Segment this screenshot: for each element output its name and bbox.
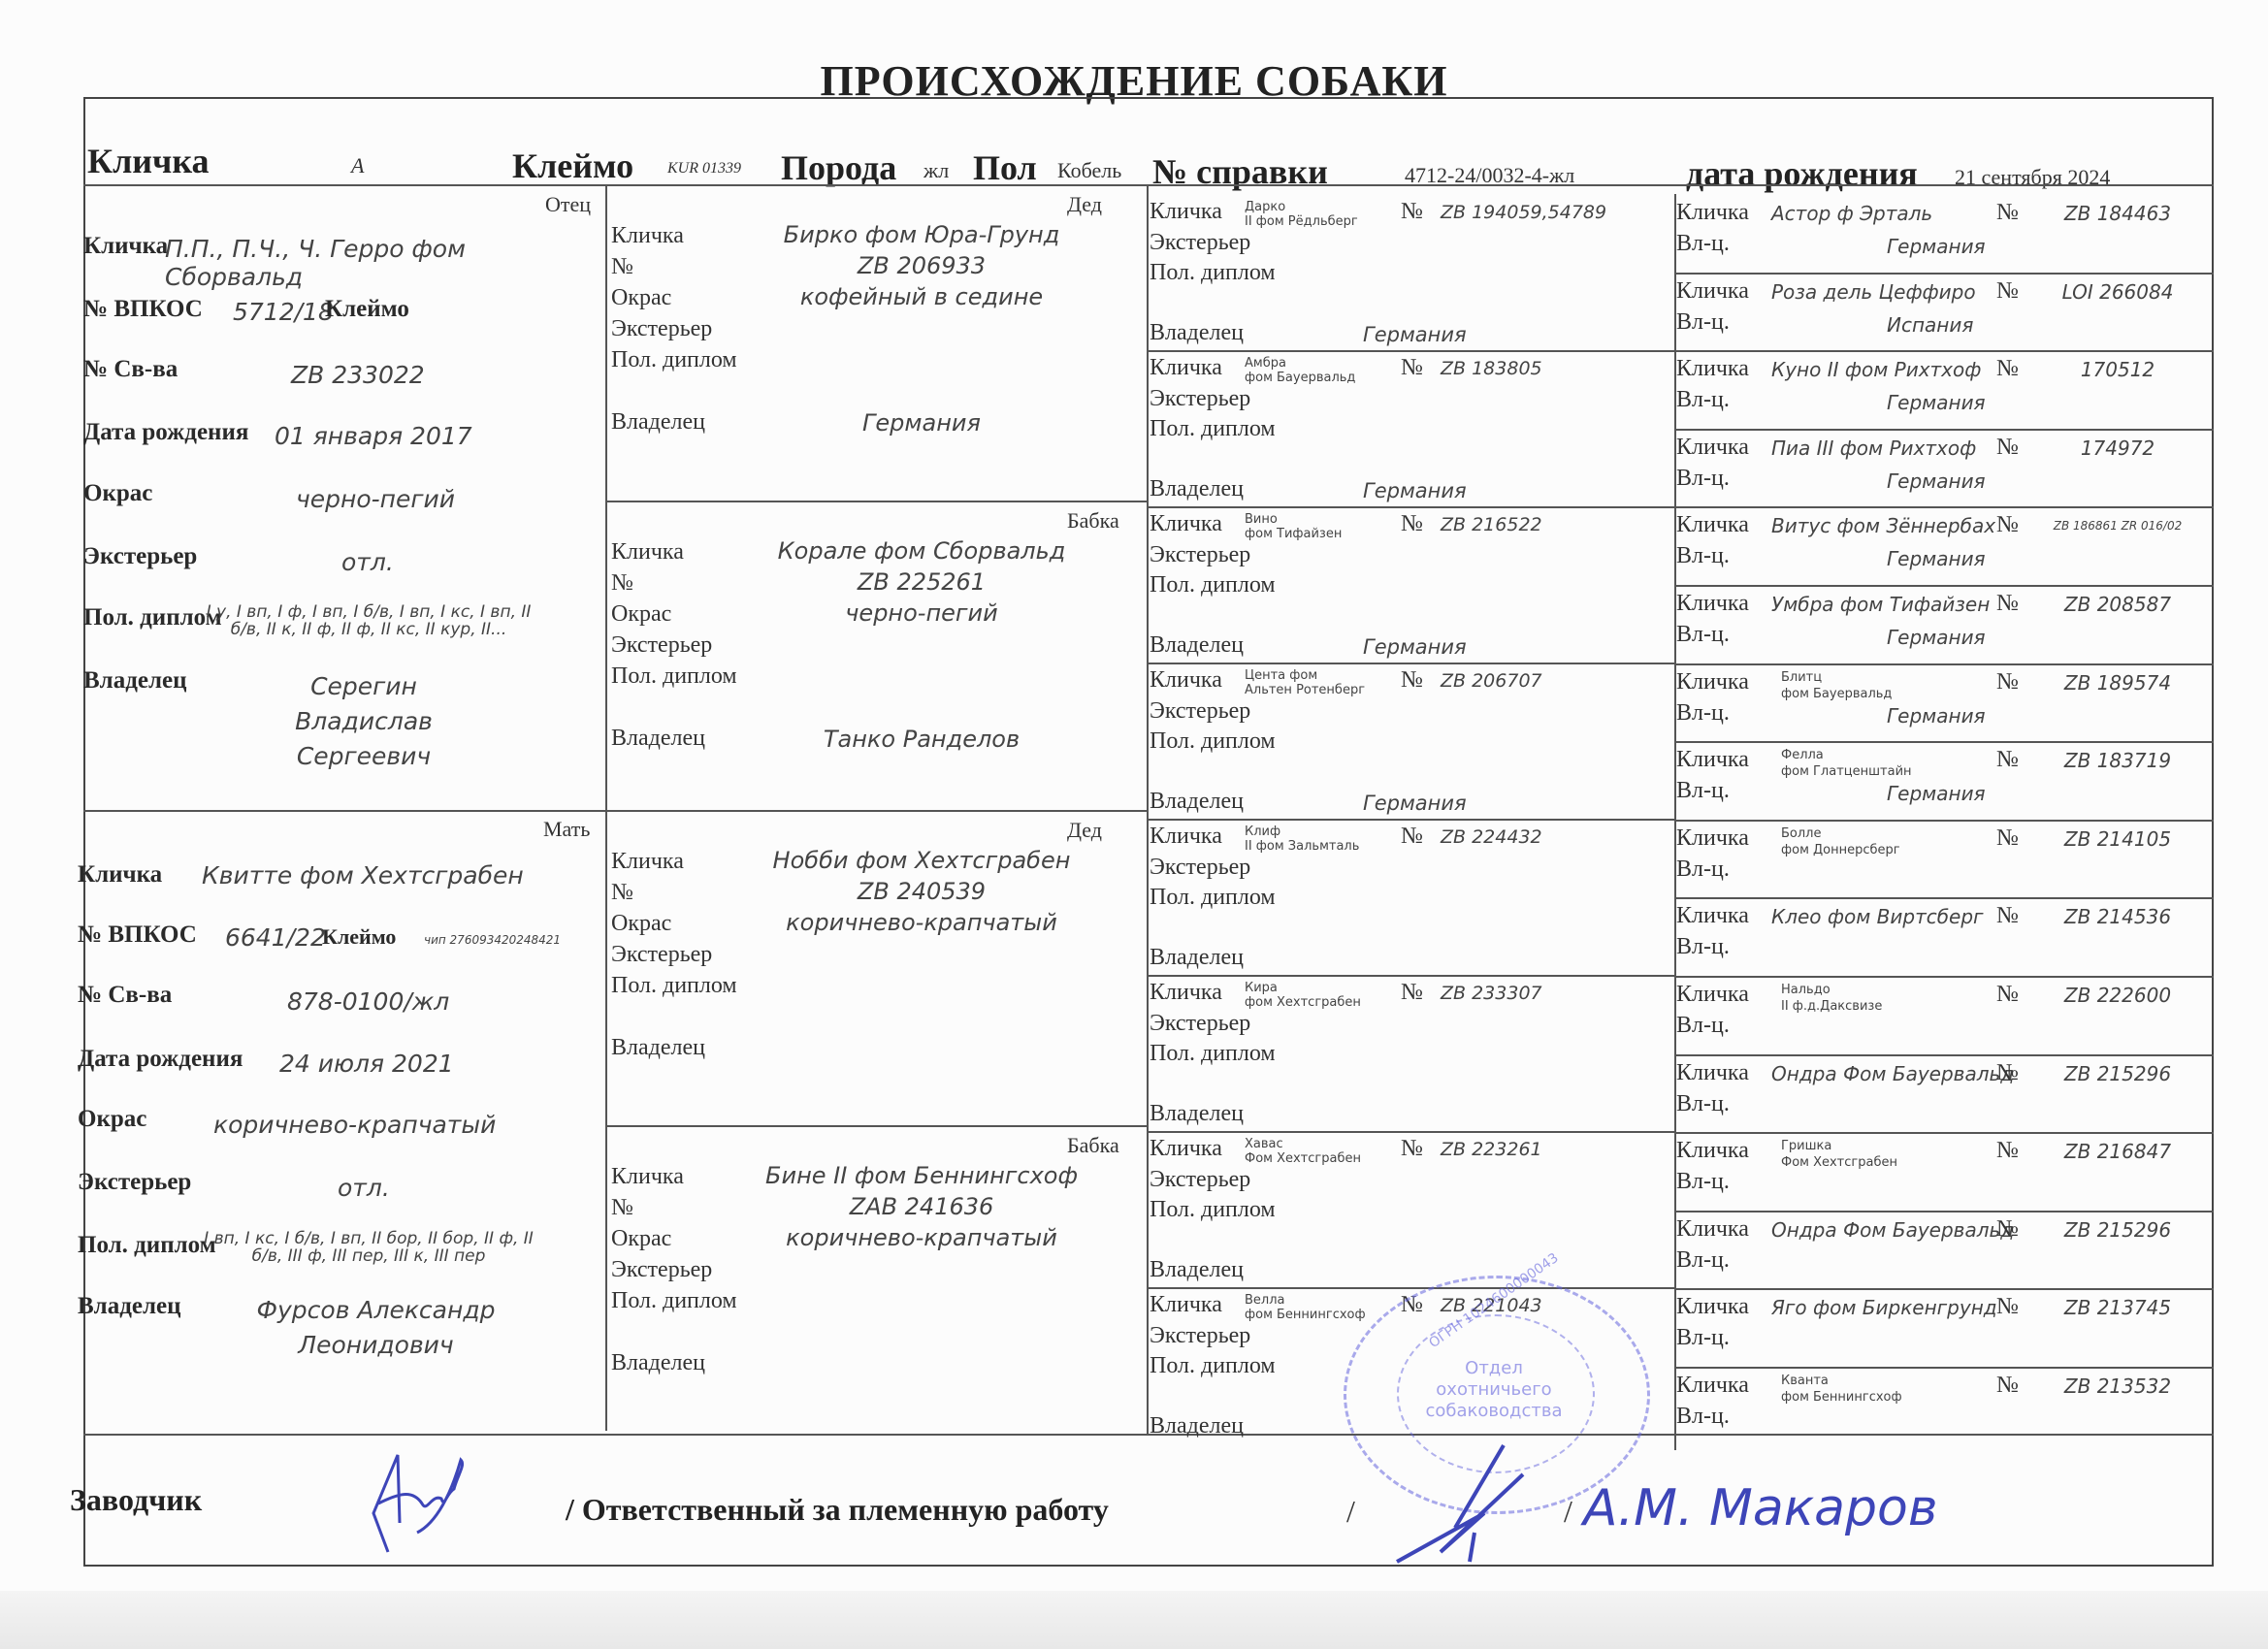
gggp-number-label: №: [1996, 278, 2019, 305]
ggp-number: ZB 194059,54789: [1441, 202, 1606, 223]
mother-brand-label: Клеймо: [322, 924, 396, 950]
ggp-name-label: Кличка: [1150, 824, 1222, 850]
grandparent-number: ZB 225261: [718, 568, 1125, 596]
gggp-name: Фелла фом Глатценштайн: [1781, 747, 1912, 780]
grandparent-number-label: №: [611, 570, 633, 597]
gggp-owner-label: Вл-ц.: [1676, 1325, 1730, 1351]
ggp-name-line2: фом Бауервальд: [1245, 370, 1355, 386]
gggp-number-label: №: [1996, 356, 2019, 382]
father-name: П.П., П.Ч., Ч. Герро фом Сборвальд: [165, 235, 592, 291]
gggp-name: Нальдо II ф.д.Даксвизе: [1781, 982, 1882, 1015]
father-color-label: Окрас: [83, 480, 152, 507]
gggp-name: Яго фом Биркенгрунд: [1771, 1296, 1997, 1319]
gggp-number-label: №: [1996, 825, 2019, 852]
gggp-name-label: Кличка: [1676, 512, 1749, 538]
grandparent-color-label: Окрас: [611, 601, 671, 628]
grandparent-relation: Бабка: [1067, 1133, 1119, 1158]
gggp-number-label: №: [1996, 669, 2019, 695]
grandparent-owner-label: Владелец: [611, 1350, 705, 1376]
ggp-exterior-label: Экстерьер: [1150, 230, 1250, 256]
ggp-diploma-label: Пол. диплом: [1150, 1353, 1276, 1379]
mother-exterior-label: Экстерьер: [78, 1169, 191, 1196]
grandparent-color-label: Окрас: [611, 911, 671, 937]
gggp-owner: Испания: [1887, 313, 1973, 337]
gggp-number-label: №: [1996, 982, 2019, 1008]
grandparent-number-label: №: [611, 880, 633, 906]
gggp-owner: Германия: [1887, 469, 1986, 493]
grandparent-name: Бирко фом Юра-Грунд: [718, 221, 1125, 248]
father-owner-label: Владелец: [83, 667, 186, 695]
mother-name: Квитте фом Хехтсграбен: [202, 861, 524, 889]
gggp-name: Куно II фом Рихтхоф: [1771, 358, 1981, 381]
gggp-number: ZB 183719: [2035, 749, 2200, 772]
gggp-owner-label: Вл-ц.: [1676, 1013, 1730, 1039]
mother-owner: Фурсов Александр Леонидович: [238, 1293, 514, 1363]
grandparent-name-label: Кличка: [611, 539, 684, 566]
gggp-owner: Германия: [1887, 626, 1986, 649]
gggp-number-label: №: [1996, 747, 2019, 773]
grandparent-owner-label: Владелец: [611, 409, 705, 436]
grandparent-relation: Бабка: [1067, 508, 1119, 533]
gggp-number-label: №: [1996, 1216, 2019, 1243]
ggp-diploma-label: Пол. диплом: [1150, 728, 1276, 755]
grandparent-owner-label: Владелец: [611, 726, 705, 752]
ggp-exterior-label: Экстерьер: [1150, 1011, 1250, 1037]
grandparent-name: Нобби фом Хехтсграбен: [718, 847, 1125, 874]
footer-slash-1: /: [1346, 1494, 1355, 1530]
ggp-name-label: Кличка: [1150, 667, 1222, 694]
gggp-number: ZB 189574: [2035, 671, 2200, 695]
name-label: Кличка: [87, 141, 210, 181]
gggp-owner: Германия: [1887, 704, 1986, 727]
grandparent-name: Корале фом Сборвальд: [718, 537, 1125, 565]
ggp-name-line2: II фом Рёдльберг: [1245, 213, 1358, 230]
father-brand-label: Клеймо: [325, 296, 409, 323]
ggp-diploma-label: Пол. диплом: [1150, 260, 1276, 286]
ggp-owner-label: Владелец: [1150, 945, 1244, 971]
ggp-diploma-label: Пол. диплом: [1150, 1041, 1276, 1067]
ggp-diploma-label: Пол. диплом: [1150, 885, 1276, 911]
ggp-number: ZB 224432: [1441, 826, 1542, 848]
gggp-name-label: Кличка: [1676, 982, 1749, 1008]
father-owner: Серегин Владислав Сергеевич: [243, 669, 485, 774]
gggp-name-label: Кличка: [1676, 1060, 1749, 1086]
ggp-name-line2: фом Тифайзен: [1245, 526, 1342, 542]
father-svva-label: № Св-ва: [83, 356, 178, 383]
gggp-number-label: №: [1996, 1373, 2019, 1399]
father-svva: ZB 233022: [291, 361, 425, 389]
grandparent-diploma-label: Пол. диплом: [611, 1288, 737, 1314]
mother-exterior: отл.: [338, 1174, 390, 1202]
grandparent-number-label: №: [611, 254, 633, 280]
ggp-number-label: №: [1401, 355, 1423, 381]
gggp-number: ZB 213532: [2035, 1374, 2200, 1398]
father-dob-label: Дата рождения: [83, 419, 248, 446]
ggp-number: ZB 183805: [1441, 358, 1542, 379]
grandparent-owner: Танко Ранделов: [718, 726, 1125, 753]
ggp-diploma-label: Пол. диплом: [1150, 416, 1276, 442]
grandparent-name: Бине II фом Беннингсхоф: [718, 1162, 1125, 1189]
brand-label: Клеймо: [512, 145, 633, 186]
gggp-name-label: Кличка: [1676, 435, 1749, 461]
grandparent-color: черно-пегий: [718, 599, 1125, 627]
gggp-number-label: №: [1996, 200, 2019, 226]
ggp-exterior-label: Экстерьер: [1150, 855, 1250, 881]
ggp-name-line2: фом Беннингсхоф: [1245, 1307, 1366, 1323]
ggp-number-label: №: [1401, 667, 1423, 694]
gggp-number: ZB 215296: [2035, 1062, 2200, 1085]
gggp-number: ZB 214536: [2035, 905, 2200, 928]
ggp-owner-label: Владелец: [1150, 632, 1244, 659]
grandparent-number: ZB 206933: [718, 252, 1125, 279]
grandparent-color: кофейный в седине: [718, 283, 1125, 310]
ggp-number-label: №: [1401, 511, 1423, 537]
gggp-number: ZB 184463: [2035, 202, 2200, 225]
gggp-number: 170512: [2035, 358, 2200, 381]
gggp-number: LOI 266084: [2035, 280, 2200, 304]
gggp-number-label: №: [1996, 435, 2019, 461]
ggp-exterior-label: Экстерьер: [1150, 542, 1250, 568]
name-value: А: [351, 153, 364, 178]
mother-dob: 24 июля 2021: [279, 1050, 454, 1078]
ggp-owner: Германия: [1363, 479, 1467, 502]
ggp-name-line2: фом Хехтсграбен: [1245, 994, 1361, 1011]
gggp-owner: Германия: [1887, 782, 1986, 805]
mother-vpkos: 6641/22: [225, 923, 326, 952]
breed-value: жл: [923, 158, 949, 183]
grandparent-number: ZAB 241636: [718, 1193, 1125, 1220]
ggp-number-label: №: [1401, 824, 1423, 850]
gggp-owner-label: Вл-ц.: [1676, 543, 1730, 569]
responsible-signature: [1377, 1436, 1581, 1571]
father-name-label: Кличка: [83, 233, 168, 260]
gggp-owner-label: Вл-ц.: [1676, 387, 1730, 413]
gggp-name-label: Кличка: [1676, 1373, 1749, 1399]
grandparent-relation: Дед: [1067, 818, 1102, 843]
responsible-name: А.М. Макаров: [1583, 1479, 1938, 1537]
grandparent-name-label: Кличка: [611, 849, 684, 875]
grandparent-diploma-label: Пол. диплом: [611, 973, 737, 999]
gggp-name-label: Кличка: [1676, 1138, 1749, 1164]
ggp-owner: Германия: [1363, 635, 1467, 659]
gggp-owner-label: Вл-ц.: [1676, 934, 1730, 960]
grandparent-owner: Германия: [718, 409, 1125, 436]
gggp-name: Клео фом Виртсберг: [1771, 905, 1984, 928]
mother-relation: Мать: [543, 817, 590, 842]
gggp-name: Гришка Фом Хехтсграбен: [1781, 1138, 1897, 1171]
grandparent-color-label: Окрас: [611, 285, 671, 311]
gggp-owner: Германия: [1887, 391, 1986, 414]
ggp-name-label: Кличка: [1150, 1292, 1222, 1318]
mother-svva-label: № Св-ва: [78, 982, 172, 1009]
grandparent-owner-label: Владелец: [611, 1035, 705, 1061]
gggp-number: ZB 208587: [2035, 593, 2200, 616]
gggp-owner-label: Вл-ц.: [1676, 700, 1730, 727]
ggp-name-label: Кличка: [1150, 355, 1222, 381]
grandparent-diploma-label: Пол. диплом: [611, 347, 737, 373]
gggp-name-label: Кличка: [1676, 669, 1749, 695]
grandparent-relation: Дед: [1067, 192, 1102, 217]
ggp-number-label: №: [1401, 199, 1423, 225]
father-diploma-label: Пол. диплом: [83, 604, 222, 631]
mother-name-label: Кличка: [78, 861, 162, 889]
gggp-name: Блитц фом Бауервальд: [1781, 669, 1892, 702]
father-dob: 01 января 2017: [275, 422, 472, 450]
grandparent-number: ZB 240539: [718, 878, 1125, 905]
ggp-owner-label: Владелец: [1150, 476, 1244, 502]
ggp-name-line2: II фом Зальмталь: [1245, 838, 1359, 855]
gggp-name: Умбра фом Тифайзен: [1771, 593, 1990, 616]
mother-svva: 878-0100/жл: [287, 987, 449, 1016]
gggp-owner-label: Вл-ц.: [1676, 1247, 1730, 1274]
gggp-owner-label: Вл-ц.: [1676, 309, 1730, 336]
gggp-owner-label: Вл-ц.: [1676, 1404, 1730, 1430]
ggp-owner: Германия: [1363, 792, 1467, 815]
gggp-name-label: Кличка: [1676, 278, 1749, 305]
grandparent-diploma-label: Пол. диплом: [611, 663, 737, 690]
gggp-name-label: Кличка: [1676, 591, 1749, 617]
gggp-number-label: №: [1996, 591, 2019, 617]
gggp-number: 174972: [2035, 436, 2200, 460]
ggp-owner-label: Владелец: [1150, 1413, 1244, 1439]
mother-owner-label: Владелец: [78, 1293, 180, 1320]
paper-edge: [0, 1591, 2268, 1649]
ggp-owner-label: Владелец: [1150, 320, 1244, 346]
ggp-name-label: Кличка: [1150, 980, 1222, 1006]
gggp-number: ZB 216847: [2035, 1140, 2200, 1163]
grandparent-exterior-label: Экстерьер: [611, 316, 712, 342]
ggp-number-label: №: [1401, 1136, 1423, 1162]
father-diploma: I у, I вп, I ф, I вп, I б/в, I вп, I кс,…: [204, 603, 534, 638]
gggp-number-label: №: [1996, 512, 2019, 538]
gggp-name-label: Кличка: [1676, 903, 1749, 929]
dob-value: 21 сентября 2024: [1955, 165, 2110, 190]
ggp-diploma-label: Пол. диплом: [1150, 1197, 1276, 1223]
gggp-name: Витус фом Зённербах: [1771, 514, 1995, 537]
gggp-owner-label: Вл-ц.: [1676, 1091, 1730, 1117]
grandparent-color: коричнево-крапчатый: [718, 909, 1125, 936]
ggp-number: ZB 216522: [1441, 514, 1542, 535]
ggp-name-line2: Фом Хехтсграбен: [1245, 1150, 1361, 1167]
gggp-owner-label: Вл-ц.: [1676, 466, 1730, 492]
gggp-owner-label: Вл-ц.: [1676, 778, 1730, 804]
gggp-name: Болле фом Доннерсберг: [1781, 825, 1900, 858]
ggp-diploma-label: Пол. диплом: [1150, 572, 1276, 598]
father-vpkos-label: № ВПКОС: [83, 296, 203, 323]
ggp-name-label: Кличка: [1150, 511, 1222, 537]
ggp-name-label: Кличка: [1150, 199, 1222, 225]
gggp-owner: Германия: [1887, 235, 1986, 258]
gggp-owner: Германия: [1887, 547, 1986, 570]
father-relation: Отец: [545, 192, 591, 217]
father-vpkos: 5712/18: [233, 298, 334, 326]
ggp-owner: Германия: [1363, 323, 1467, 346]
gggp-name: Ондра Фом Бауервальд: [1771, 1062, 2014, 1085]
gggp-number: ZB 222600: [2035, 984, 2200, 1007]
sex-value: Кобель: [1057, 158, 1121, 183]
footer-slash-2: /: [1564, 1494, 1572, 1530]
ggp-exterior-label: Экстерьер: [1150, 386, 1250, 412]
gggp-name: Астор ф Эрталь: [1771, 202, 1932, 225]
gggp-name-label: Кличка: [1676, 747, 1749, 773]
grandparent-color: коричнево-крапчатый: [718, 1224, 1125, 1251]
breeder-label: Заводчик: [70, 1482, 202, 1518]
gggp-number: ZB 214105: [2035, 827, 2200, 851]
gggp-name-label: Кличка: [1676, 825, 1749, 852]
mother-brand: чип 276093420248421: [424, 933, 561, 947]
gggp-name-label: Кличка: [1676, 356, 1749, 382]
father-exterior-label: Экстерьер: [83, 543, 197, 570]
gggp-owner-label: Вл-ц.: [1676, 622, 1730, 648]
gggp-name: Пиа III фом Рихтхоф: [1771, 436, 1976, 460]
ggp-exterior-label: Экстерьер: [1150, 1167, 1250, 1193]
breed-label: Порода: [781, 147, 896, 188]
mother-color: коричнево-крапчатый: [213, 1111, 496, 1139]
gggp-name: Кванта фом Беннингсхоф: [1781, 1373, 1902, 1406]
father-color: черно-пегий: [296, 485, 455, 513]
ggp-name-label: Кличка: [1150, 1136, 1222, 1162]
gggp-number-label: №: [1996, 1060, 2019, 1086]
stamp-center-text: Отдел охотничьего собаководства: [1411, 1358, 1576, 1422]
gggp-name-label: Кличка: [1676, 1294, 1749, 1320]
grandparent-exterior-label: Экстерьер: [611, 942, 712, 968]
ggp-number: ZB 223261: [1441, 1139, 1542, 1160]
gggp-name-label: Кличка: [1676, 1216, 1749, 1243]
grandparent-number-label: №: [611, 1195, 633, 1221]
dob-label: дата рождения: [1686, 153, 1918, 194]
gggp-number: ZB 213745: [2035, 1296, 2200, 1319]
grandparent-exterior-label: Экстерьер: [611, 632, 712, 659]
mother-diploma-label: Пол. диплом: [78, 1232, 216, 1259]
ggp-number: ZB 233307: [1441, 983, 1542, 1004]
grandparent-name-label: Кличка: [611, 223, 684, 249]
gggp-name: Роза дель Цеффиро: [1771, 280, 1976, 304]
gggp-number: ZB 215296: [2035, 1218, 2200, 1242]
mother-vpkos-label: № ВПКОС: [78, 921, 197, 949]
responsible-label: / Ответственный за племенную работу: [566, 1492, 1109, 1528]
gggp-number-label: №: [1996, 1294, 2019, 1320]
grandparent-name-label: Кличка: [611, 1164, 684, 1190]
gggp-number: ZB 186861 ZR 016/02: [2035, 519, 2200, 533]
mother-color-label: Окрас: [78, 1106, 146, 1133]
ggp-number-label: №: [1401, 980, 1423, 1006]
grandparent-color-label: Окрас: [611, 1226, 671, 1252]
ggp-name-line2: Альтен Ротенберг: [1245, 682, 1365, 698]
breeder-signature: [330, 1436, 504, 1562]
mother-dob-label: Дата рождения: [78, 1046, 243, 1073]
ggp-number: ZB 206707: [1441, 670, 1542, 692]
ggp-owner-label: Владелец: [1150, 1101, 1244, 1127]
gggp-name-label: Кличка: [1676, 200, 1749, 226]
gggp-owner-label: Вл-ц.: [1676, 231, 1730, 257]
brand-value: KUR 01339: [667, 160, 741, 178]
ggp-exterior-label: Экстерьер: [1150, 698, 1250, 725]
ggp-owner-label: Владелец: [1150, 789, 1244, 815]
grandparent-exterior-label: Экстерьер: [611, 1257, 712, 1283]
gggp-number-label: №: [1996, 903, 2019, 929]
ggp-owner-label: Владелец: [1150, 1257, 1244, 1283]
gggp-name: Ондра Фом Бауервальд: [1771, 1218, 2014, 1242]
gggp-owner-label: Вл-ц.: [1676, 1169, 1730, 1195]
gggp-owner-label: Вл-ц.: [1676, 857, 1730, 883]
father-exterior: отл.: [341, 548, 394, 576]
gggp-number-label: №: [1996, 1138, 2019, 1164]
mother-diploma: I вп, I кс, I б/в, I вп, II бор, II бор,…: [204, 1230, 534, 1265]
ggp-exterior-label: Экстерьер: [1150, 1323, 1250, 1349]
sex-label: Пол: [973, 147, 1037, 188]
